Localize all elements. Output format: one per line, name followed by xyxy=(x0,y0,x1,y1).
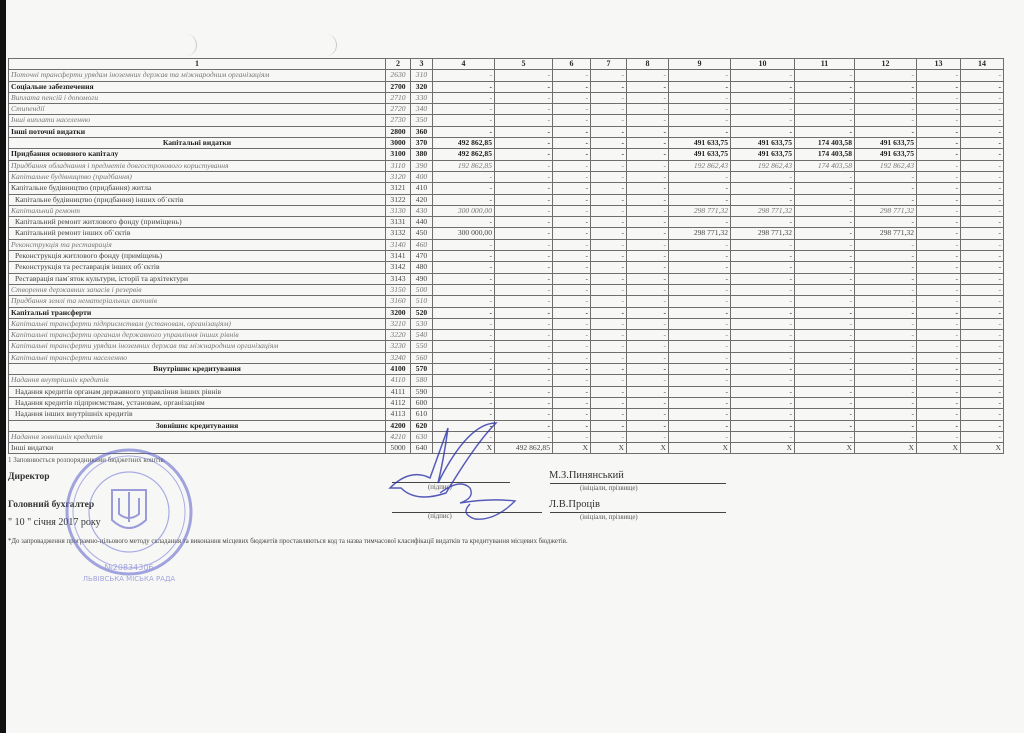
row-label: Реставрація пам`яток культури, історії т… xyxy=(9,273,386,284)
value-cell: - xyxy=(669,217,731,228)
value-cell: - xyxy=(495,386,553,397)
value-cell: - xyxy=(495,160,553,171)
value-cell: - xyxy=(917,364,961,375)
table-row: Поточні трансферти урядам іноземних держ… xyxy=(9,70,1004,81)
value-cell: - xyxy=(917,341,961,352)
value-cell: - xyxy=(731,183,795,194)
value-cell: - xyxy=(795,375,855,386)
value-cell: - xyxy=(731,217,795,228)
value-cell: - xyxy=(591,397,627,408)
value-cell: - xyxy=(553,386,591,397)
value-cell: - xyxy=(553,194,591,205)
value-cell: - xyxy=(591,251,627,262)
row-label: Реконструкція та реставрація інших об`єк… xyxy=(9,262,386,273)
value-cell: X xyxy=(627,443,669,454)
value-cell: X xyxy=(961,443,1004,454)
column-header: 6 xyxy=(553,59,591,70)
value-cell: - xyxy=(433,70,495,81)
kekv-code: 2710 xyxy=(386,92,411,103)
table-row: Капітальні трансферти підприємствам (уст… xyxy=(9,318,1004,329)
row-label: Соціальне забезпечення xyxy=(9,81,386,92)
value-cell: - xyxy=(795,92,855,103)
row-label: Капітальний ремонт інших об`єктів xyxy=(9,228,386,239)
table-row: Капітальне будівництво (придбання) інших… xyxy=(9,194,1004,205)
value-cell: - xyxy=(553,104,591,115)
value-cell: - xyxy=(433,183,495,194)
kekv-code: 3240 xyxy=(386,352,411,363)
row-label: Надання внутрішніх кредитів xyxy=(9,375,386,386)
line-code: 590 xyxy=(411,386,433,397)
value-cell: - xyxy=(669,330,731,341)
value-cell: - xyxy=(591,171,627,182)
value-cell: - xyxy=(495,149,553,160)
value-cell: - xyxy=(731,115,795,126)
table-row: Капітальні трансферти3200520----------- xyxy=(9,307,1004,318)
value-cell: - xyxy=(553,92,591,103)
value-cell: - xyxy=(795,228,855,239)
value-cell: - xyxy=(627,318,669,329)
kekv-code: 3132 xyxy=(386,228,411,239)
kekv-code: 3140 xyxy=(386,239,411,250)
line-code: 530 xyxy=(411,318,433,329)
director-name-line xyxy=(550,483,726,484)
value-cell: - xyxy=(495,364,553,375)
value-cell: - xyxy=(553,420,591,431)
value-cell: - xyxy=(731,307,795,318)
value-cell: - xyxy=(553,375,591,386)
value-cell: - xyxy=(855,104,917,115)
table-row: Стипендії2720340----------- xyxy=(9,104,1004,115)
value-cell: - xyxy=(669,126,731,137)
value-cell: - xyxy=(795,70,855,81)
value-cell: 192 862,43 xyxy=(669,160,731,171)
value-cell: - xyxy=(961,318,1004,329)
scan-edge xyxy=(0,0,6,733)
value-cell: - xyxy=(627,307,669,318)
value-cell: 492 862,85 xyxy=(433,149,495,160)
value-cell: - xyxy=(731,262,795,273)
value-cell: - xyxy=(627,217,669,228)
row-label: Інші виплати населенню xyxy=(9,115,386,126)
value-cell: - xyxy=(731,92,795,103)
line-code: 430 xyxy=(411,205,433,216)
value-cell: - xyxy=(961,104,1004,115)
value-cell: - xyxy=(591,341,627,352)
value-cell: - xyxy=(669,341,731,352)
value-cell: - xyxy=(917,217,961,228)
table-row: Створення державних запасів і резервів31… xyxy=(9,284,1004,295)
value-cell: - xyxy=(669,296,731,307)
signature-scribble-icon xyxy=(380,418,540,528)
table-row: Капітальні трансферти органам державного… xyxy=(9,330,1004,341)
value-cell: - xyxy=(627,183,669,194)
value-cell: - xyxy=(433,81,495,92)
value-cell: - xyxy=(961,262,1004,273)
value-cell: - xyxy=(795,171,855,182)
value-cell: - xyxy=(795,115,855,126)
value-cell: - xyxy=(495,115,553,126)
value-cell: X xyxy=(917,443,961,454)
value-cell: - xyxy=(553,397,591,408)
value-cell: - xyxy=(917,104,961,115)
value-cell: - xyxy=(961,307,1004,318)
value-cell: - xyxy=(855,251,917,262)
value-cell: - xyxy=(495,239,553,250)
value-cell: - xyxy=(591,318,627,329)
value-cell: - xyxy=(855,92,917,103)
value-cell: - xyxy=(855,217,917,228)
value-cell: - xyxy=(627,409,669,420)
value-cell: - xyxy=(961,364,1004,375)
line-code: 340 xyxy=(411,104,433,115)
value-cell: 174 403,58 xyxy=(795,138,855,149)
value-cell: - xyxy=(961,420,1004,431)
value-cell: - xyxy=(961,92,1004,103)
value-cell: 192 862,43 xyxy=(855,160,917,171)
value-cell: - xyxy=(795,183,855,194)
value-cell: - xyxy=(917,409,961,420)
value-cell: - xyxy=(961,183,1004,194)
value-cell: - xyxy=(495,397,553,408)
value-cell: - xyxy=(731,194,795,205)
value-cell: - xyxy=(495,352,553,363)
value-cell: - xyxy=(553,352,591,363)
value-cell: - xyxy=(669,115,731,126)
value-cell: - xyxy=(795,239,855,250)
kekv-code: 3130 xyxy=(386,205,411,216)
kekv-code: 3141 xyxy=(386,251,411,262)
value-cell: - xyxy=(855,194,917,205)
value-cell: 298 771,32 xyxy=(731,228,795,239)
line-code: 580 xyxy=(411,375,433,386)
kekv-code: 4112 xyxy=(386,397,411,408)
column-header: 10 xyxy=(731,59,795,70)
kekv-code: 3121 xyxy=(386,183,411,194)
value-cell: - xyxy=(433,341,495,352)
value-cell: - xyxy=(917,318,961,329)
value-cell: - xyxy=(433,352,495,363)
value-cell: 491 633,75 xyxy=(855,138,917,149)
value-cell: - xyxy=(433,251,495,262)
kekv-code: 4100 xyxy=(386,364,411,375)
value-cell: X xyxy=(731,443,795,454)
value-cell: - xyxy=(433,126,495,137)
value-cell: - xyxy=(917,160,961,171)
row-label: Стипендії xyxy=(9,104,386,115)
line-code: 320 xyxy=(411,81,433,92)
value-cell: - xyxy=(961,194,1004,205)
punch-hole-mark xyxy=(326,34,337,56)
kekv-code: 2720 xyxy=(386,104,411,115)
value-cell: - xyxy=(731,70,795,81)
column-header: 14 xyxy=(961,59,1004,70)
value-cell: - xyxy=(433,273,495,284)
value-cell: - xyxy=(627,126,669,137)
value-cell: - xyxy=(627,431,669,442)
value-cell: - xyxy=(553,409,591,420)
kekv-code: 3131 xyxy=(386,217,411,228)
row-label: Внутрішнє кредитування xyxy=(9,364,386,375)
value-cell: 300 000,00 xyxy=(433,205,495,216)
value-cell: - xyxy=(433,217,495,228)
value-cell: - xyxy=(795,126,855,137)
value-cell: - xyxy=(591,138,627,149)
line-code: 440 xyxy=(411,217,433,228)
value-cell: - xyxy=(591,115,627,126)
value-cell: - xyxy=(731,81,795,92)
value-cell: - xyxy=(795,284,855,295)
value-cell: - xyxy=(669,386,731,397)
value-cell: - xyxy=(553,205,591,216)
value-cell: 298 771,32 xyxy=(855,205,917,216)
value-cell: X xyxy=(591,443,627,454)
line-code: 400 xyxy=(411,171,433,182)
column-header: 4 xyxy=(433,59,495,70)
value-cell: - xyxy=(433,397,495,408)
value-cell: - xyxy=(961,149,1004,160)
value-cell: - xyxy=(553,307,591,318)
value-cell: - xyxy=(495,284,553,295)
value-cell: - xyxy=(495,296,553,307)
value-cell: - xyxy=(961,138,1004,149)
value-cell: - xyxy=(669,284,731,295)
value-cell: - xyxy=(961,431,1004,442)
kekv-code: 3142 xyxy=(386,262,411,273)
value-cell: - xyxy=(495,307,553,318)
value-cell: - xyxy=(591,375,627,386)
value-cell: - xyxy=(731,284,795,295)
row-label: Інші поточні видатки xyxy=(9,126,386,137)
value-cell: - xyxy=(669,364,731,375)
line-code: 420 xyxy=(411,194,433,205)
kekv-code: 3120 xyxy=(386,171,411,182)
table-row: Внутрішнє кредитування4100570----------- xyxy=(9,364,1004,375)
value-cell: - xyxy=(917,126,961,137)
row-label: Створення державних запасів і резервів xyxy=(9,284,386,295)
value-cell: - xyxy=(627,138,669,149)
line-code: 540 xyxy=(411,330,433,341)
kekv-code: 3122 xyxy=(386,194,411,205)
value-cell: 491 633,75 xyxy=(731,149,795,160)
value-cell: - xyxy=(433,318,495,329)
line-code: 330 xyxy=(411,92,433,103)
table-row: Придбання основного капіталу3100380492 8… xyxy=(9,149,1004,160)
value-cell: - xyxy=(627,273,669,284)
accountant-name: Л.В.Проців xyxy=(549,499,600,510)
value-cell: - xyxy=(917,262,961,273)
value-cell: - xyxy=(433,115,495,126)
line-code: 550 xyxy=(411,341,433,352)
value-cell: - xyxy=(731,330,795,341)
table-row: Капітальне будівництво (придбання) житла… xyxy=(9,183,1004,194)
value-cell: X xyxy=(855,443,917,454)
value-cell: - xyxy=(731,318,795,329)
value-cell: - xyxy=(669,352,731,363)
value-cell: 298 771,32 xyxy=(855,228,917,239)
value-cell: - xyxy=(795,104,855,115)
value-cell: - xyxy=(731,386,795,397)
value-cell: - xyxy=(855,171,917,182)
row-label: Капітальні трансферти органам державного… xyxy=(9,330,386,341)
value-cell: - xyxy=(855,386,917,397)
value-cell: - xyxy=(591,205,627,216)
value-cell: - xyxy=(961,205,1004,216)
row-label: Капітальне будівництво (придбання) інших… xyxy=(9,194,386,205)
column-header: 1 xyxy=(9,59,386,70)
value-cell: - xyxy=(627,228,669,239)
table-row: Реконструкція та реставрація3140460-----… xyxy=(9,239,1004,250)
value-cell: - xyxy=(795,251,855,262)
value-cell: - xyxy=(553,330,591,341)
value-cell: - xyxy=(627,115,669,126)
value-cell: - xyxy=(855,431,917,442)
value-cell: - xyxy=(855,296,917,307)
value-cell: - xyxy=(917,239,961,250)
table-row: Капітальний ремонт3130430300 000,00----2… xyxy=(9,205,1004,216)
official-stamp-icon: №20834306 ЛЬВІВСЬКА МІСЬКА РАДА xyxy=(62,440,197,590)
row-label: Капітальний ремонт xyxy=(9,205,386,216)
director-name: М.З.Пинянський xyxy=(549,470,624,481)
value-cell: - xyxy=(553,138,591,149)
svg-text:№20834306: №20834306 xyxy=(104,563,153,572)
row-label: Надання кредитів підприємствам, установа… xyxy=(9,397,386,408)
value-cell: - xyxy=(855,409,917,420)
table-row: Соціальне забезпечення2700320----------- xyxy=(9,81,1004,92)
value-cell: - xyxy=(553,228,591,239)
value-cell: - xyxy=(917,70,961,81)
value-cell: 491 633,75 xyxy=(669,149,731,160)
value-cell: - xyxy=(627,81,669,92)
value-cell: - xyxy=(627,262,669,273)
value-cell: - xyxy=(591,352,627,363)
value-cell: - xyxy=(433,284,495,295)
line-code: 500 xyxy=(411,284,433,295)
value-cell: - xyxy=(591,420,627,431)
line-code: 480 xyxy=(411,262,433,273)
value-cell: - xyxy=(855,318,917,329)
value-cell: - xyxy=(961,81,1004,92)
accountant-name-line xyxy=(550,512,726,513)
value-cell: - xyxy=(731,239,795,250)
value-cell: - xyxy=(553,81,591,92)
value-cell: - xyxy=(553,70,591,81)
value-cell: 491 633,75 xyxy=(669,138,731,149)
value-cell: - xyxy=(917,81,961,92)
value-cell: - xyxy=(591,92,627,103)
value-cell: - xyxy=(591,183,627,194)
table-row: Капітальний ремонт житлового фонду (прим… xyxy=(9,217,1004,228)
value-cell: - xyxy=(553,115,591,126)
table-row: Реконструкція та реставрація інших об`єк… xyxy=(9,262,1004,273)
value-cell: - xyxy=(553,284,591,295)
value-cell: - xyxy=(627,251,669,262)
value-cell: - xyxy=(917,375,961,386)
value-cell: - xyxy=(495,81,553,92)
table-row: Капітальні трансферти урядам іноземних д… xyxy=(9,341,1004,352)
value-cell: - xyxy=(627,239,669,250)
value-cell: - xyxy=(917,115,961,126)
kekv-code: 3100 xyxy=(386,149,411,160)
value-cell: - xyxy=(433,104,495,115)
value-cell: - xyxy=(591,330,627,341)
value-cell: - xyxy=(731,341,795,352)
kekv-code: 3000 xyxy=(386,138,411,149)
value-cell: - xyxy=(669,81,731,92)
value-cell: - xyxy=(433,296,495,307)
value-cell: - xyxy=(961,330,1004,341)
kekv-code: 3160 xyxy=(386,296,411,307)
value-cell: - xyxy=(495,251,553,262)
row-label: Зовнішнє кредитування xyxy=(9,420,386,431)
value-cell: - xyxy=(855,397,917,408)
value-cell: - xyxy=(627,330,669,341)
value-cell: - xyxy=(961,352,1004,363)
line-code: 450 xyxy=(411,228,433,239)
table-row: Капітальний ремонт інших об`єктів3132450… xyxy=(9,228,1004,239)
table-body: Поточні трансферти урядам іноземних держ… xyxy=(9,70,1004,454)
value-cell: - xyxy=(855,341,917,352)
value-cell: - xyxy=(731,431,795,442)
value-cell: - xyxy=(669,251,731,262)
row-label: Капітальні трансферти урядам іноземних д… xyxy=(9,341,386,352)
row-label: Капітальні трансферти xyxy=(9,307,386,318)
line-code: 520 xyxy=(411,307,433,318)
line-code: 380 xyxy=(411,149,433,160)
value-cell: - xyxy=(433,171,495,182)
value-cell: - xyxy=(731,420,795,431)
value-cell: - xyxy=(591,262,627,273)
value-cell: - xyxy=(591,364,627,375)
value-cell: - xyxy=(495,126,553,137)
value-cell: - xyxy=(495,183,553,194)
value-cell: - xyxy=(495,171,553,182)
value-cell: - xyxy=(495,104,553,115)
column-header: 13 xyxy=(917,59,961,70)
value-cell: - xyxy=(669,397,731,408)
value-cell: - xyxy=(795,352,855,363)
value-cell: - xyxy=(495,262,553,273)
value-cell: - xyxy=(795,386,855,397)
director-label: Директор xyxy=(8,472,50,482)
value-cell: - xyxy=(795,397,855,408)
value-cell: - xyxy=(917,149,961,160)
value-cell: - xyxy=(627,104,669,115)
value-cell: - xyxy=(917,183,961,194)
value-cell: - xyxy=(961,126,1004,137)
value-cell: - xyxy=(433,194,495,205)
value-cell: - xyxy=(917,431,961,442)
value-cell: - xyxy=(795,318,855,329)
value-cell: - xyxy=(495,194,553,205)
table-row: Капітальне будівництво (придбання)312040… xyxy=(9,171,1004,182)
value-cell: - xyxy=(961,296,1004,307)
value-cell: - xyxy=(961,341,1004,352)
row-label: Реконструкція житлового фонду (приміщень… xyxy=(9,251,386,262)
value-cell: - xyxy=(731,126,795,137)
table-row: Реконструкція житлового фонду (приміщень… xyxy=(9,251,1004,262)
value-cell: - xyxy=(669,194,731,205)
value-cell: - xyxy=(669,70,731,81)
value-cell: - xyxy=(627,205,669,216)
value-cell: - xyxy=(961,397,1004,408)
value-cell: - xyxy=(553,160,591,171)
value-cell: - xyxy=(917,92,961,103)
value-cell: - xyxy=(669,307,731,318)
line-code: 570 xyxy=(411,364,433,375)
kekv-code: 4110 xyxy=(386,375,411,386)
line-code: 410 xyxy=(411,183,433,194)
value-cell: - xyxy=(591,104,627,115)
